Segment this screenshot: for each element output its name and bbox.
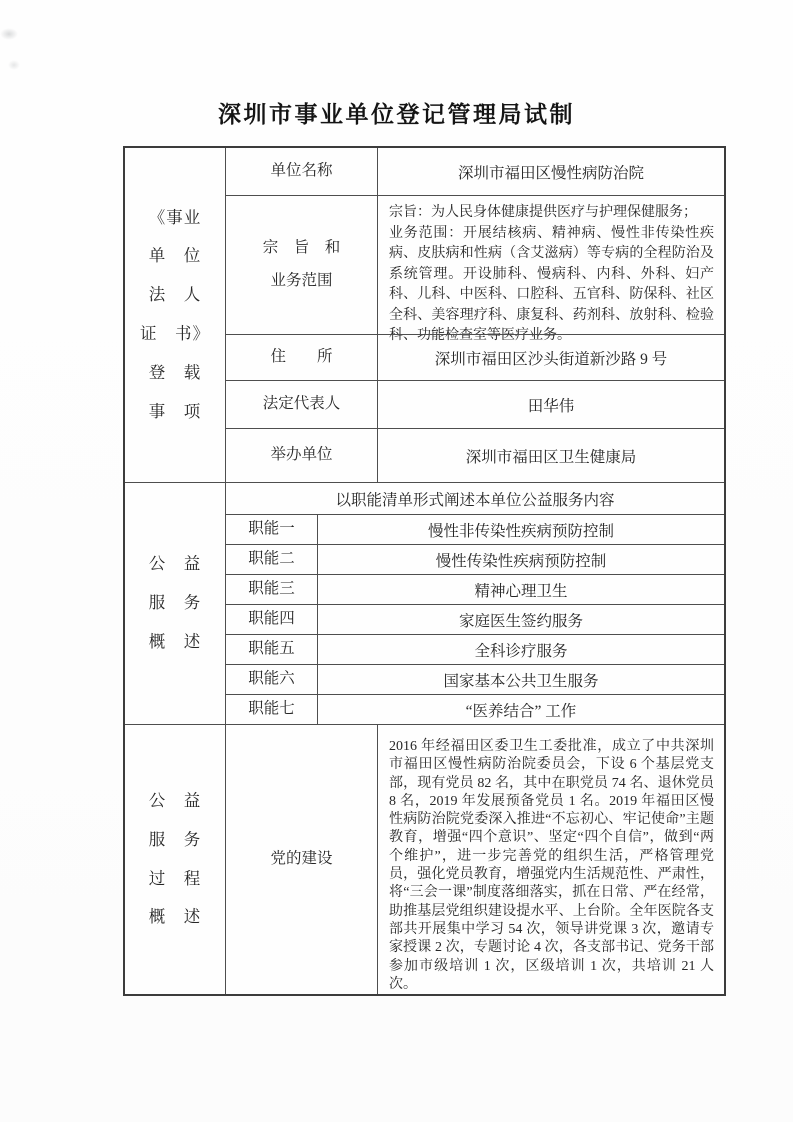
function-7-value: “医养结合” 工作: [318, 695, 724, 724]
function-row: 职能一 慢性非传染性疾病预防控制: [226, 514, 724, 544]
scan-artifact: [0, 28, 18, 40]
function-row: 职能五 全科诊疗服务: [226, 634, 724, 664]
purpose-scope-label: 宗 旨 和 业务范围: [226, 196, 378, 334]
legal-representative-value: 田华伟: [378, 381, 724, 428]
unit-name-label: 单位名称: [226, 148, 378, 195]
registration-table: 《事业 单 位 法 人 证 书》 登 载 事 项 单位名称 深圳市福田区慢性病防…: [123, 146, 726, 996]
function-6-label: 职能六: [226, 665, 318, 694]
function-4-label: 职能四: [226, 605, 318, 634]
function-5-label: 职能五: [226, 635, 318, 664]
scan-artifact: [8, 60, 20, 70]
row-organizer: 举办单位 深圳市福田区卫生健康局: [226, 428, 724, 482]
function-row: 职能三 精神心理卫生: [226, 574, 724, 604]
function-2-value: 慢性传染性疾病预防控制: [318, 545, 724, 574]
scanned-page: 深圳市事业单位登记管理局试制 《事业 单 位 法 人 证 书》 登 载 事 项 …: [0, 0, 793, 1122]
function-row: 职能二 慢性传染性疾病预防控制: [226, 544, 724, 574]
row-unit-name: 单位名称 深圳市福田区慢性病防治院: [226, 148, 724, 195]
purpose-scope-value: 宗旨：为人民身体健康提供医疗与护理保健服务； 业务范围：开展结核病、精神病、慢性…: [378, 196, 724, 334]
row-purpose-scope: 宗 旨 和 业务范围 宗旨：为人民身体健康提供医疗与护理保健服务； 业务范围：开…: [226, 195, 724, 334]
function-5-value: 全科诊疗服务: [318, 635, 724, 664]
function-3-value: 精神心理卫生: [318, 575, 724, 604]
address-value: 深圳市福田区沙头街道新沙路 9 号: [378, 335, 724, 380]
organizer-label: 举办单位: [226, 429, 378, 482]
function-6-value: 国家基本公共卫生服务: [318, 665, 724, 694]
function-row: 职能七 “医养结合” 工作: [226, 694, 724, 724]
party-building-label: 党的建设: [226, 725, 378, 994]
address-label: 住 所: [226, 335, 378, 380]
function-4-value: 家庭医生签约服务: [318, 605, 724, 634]
function-2-label: 职能二: [226, 545, 318, 574]
legal-representative-label: 法定代表人: [226, 381, 378, 428]
row-legal-representative: 法定代表人 田华伟: [226, 380, 724, 428]
row-party-building: 党的建设 2016 年经福田区委卫生工委批准，成立了中共深圳市福田区慢性病防治院…: [226, 725, 724, 994]
section-service-overview-side-label: 公 益 服 务 概 述: [125, 483, 226, 724]
function-1-label: 职能一: [226, 515, 318, 544]
section-service-overview: 公 益 服 务 概 述 以职能清单形式阐述本单位公益服务内容 职能一 慢性非传染…: [125, 482, 724, 724]
section-service-process: 公 益 服 务 过 程 概 述 党的建设 2016 年经福田区委卫生工委批准，成…: [125, 724, 724, 994]
service-overview-header: 以职能清单形式阐述本单位公益服务内容: [226, 483, 724, 514]
function-3-label: 职能三: [226, 575, 318, 604]
section-certificate-items: 《事业 单 位 法 人 证 书》 登 载 事 项 单位名称 深圳市福田区慢性病防…: [125, 148, 724, 482]
function-row: 职能四 家庭医生签约服务: [226, 604, 724, 634]
function-1-value: 慢性非传染性疾病预防控制: [318, 515, 724, 544]
row-address: 住 所 深圳市福田区沙头街道新沙路 9 号: [226, 334, 724, 380]
party-building-content: 2016 年经福田区委卫生工委批准，成立了中共深圳市福田区慢性病防治院委员会，下…: [378, 725, 724, 994]
function-7-label: 职能七: [226, 695, 318, 724]
section-certificate-side-label: 《事业 单 位 法 人 证 书》 登 载 事 项: [125, 148, 226, 482]
unit-name-value: 深圳市福田区慢性病防治院: [378, 148, 724, 195]
section-service-process-side-label: 公 益 服 务 过 程 概 述: [125, 725, 226, 994]
organizer-value: 深圳市福田区卫生健康局: [378, 429, 724, 482]
function-row: 职能六 国家基本公共卫生服务: [226, 664, 724, 694]
page-title: 深圳市事业单位登记管理局试制: [0, 96, 793, 129]
